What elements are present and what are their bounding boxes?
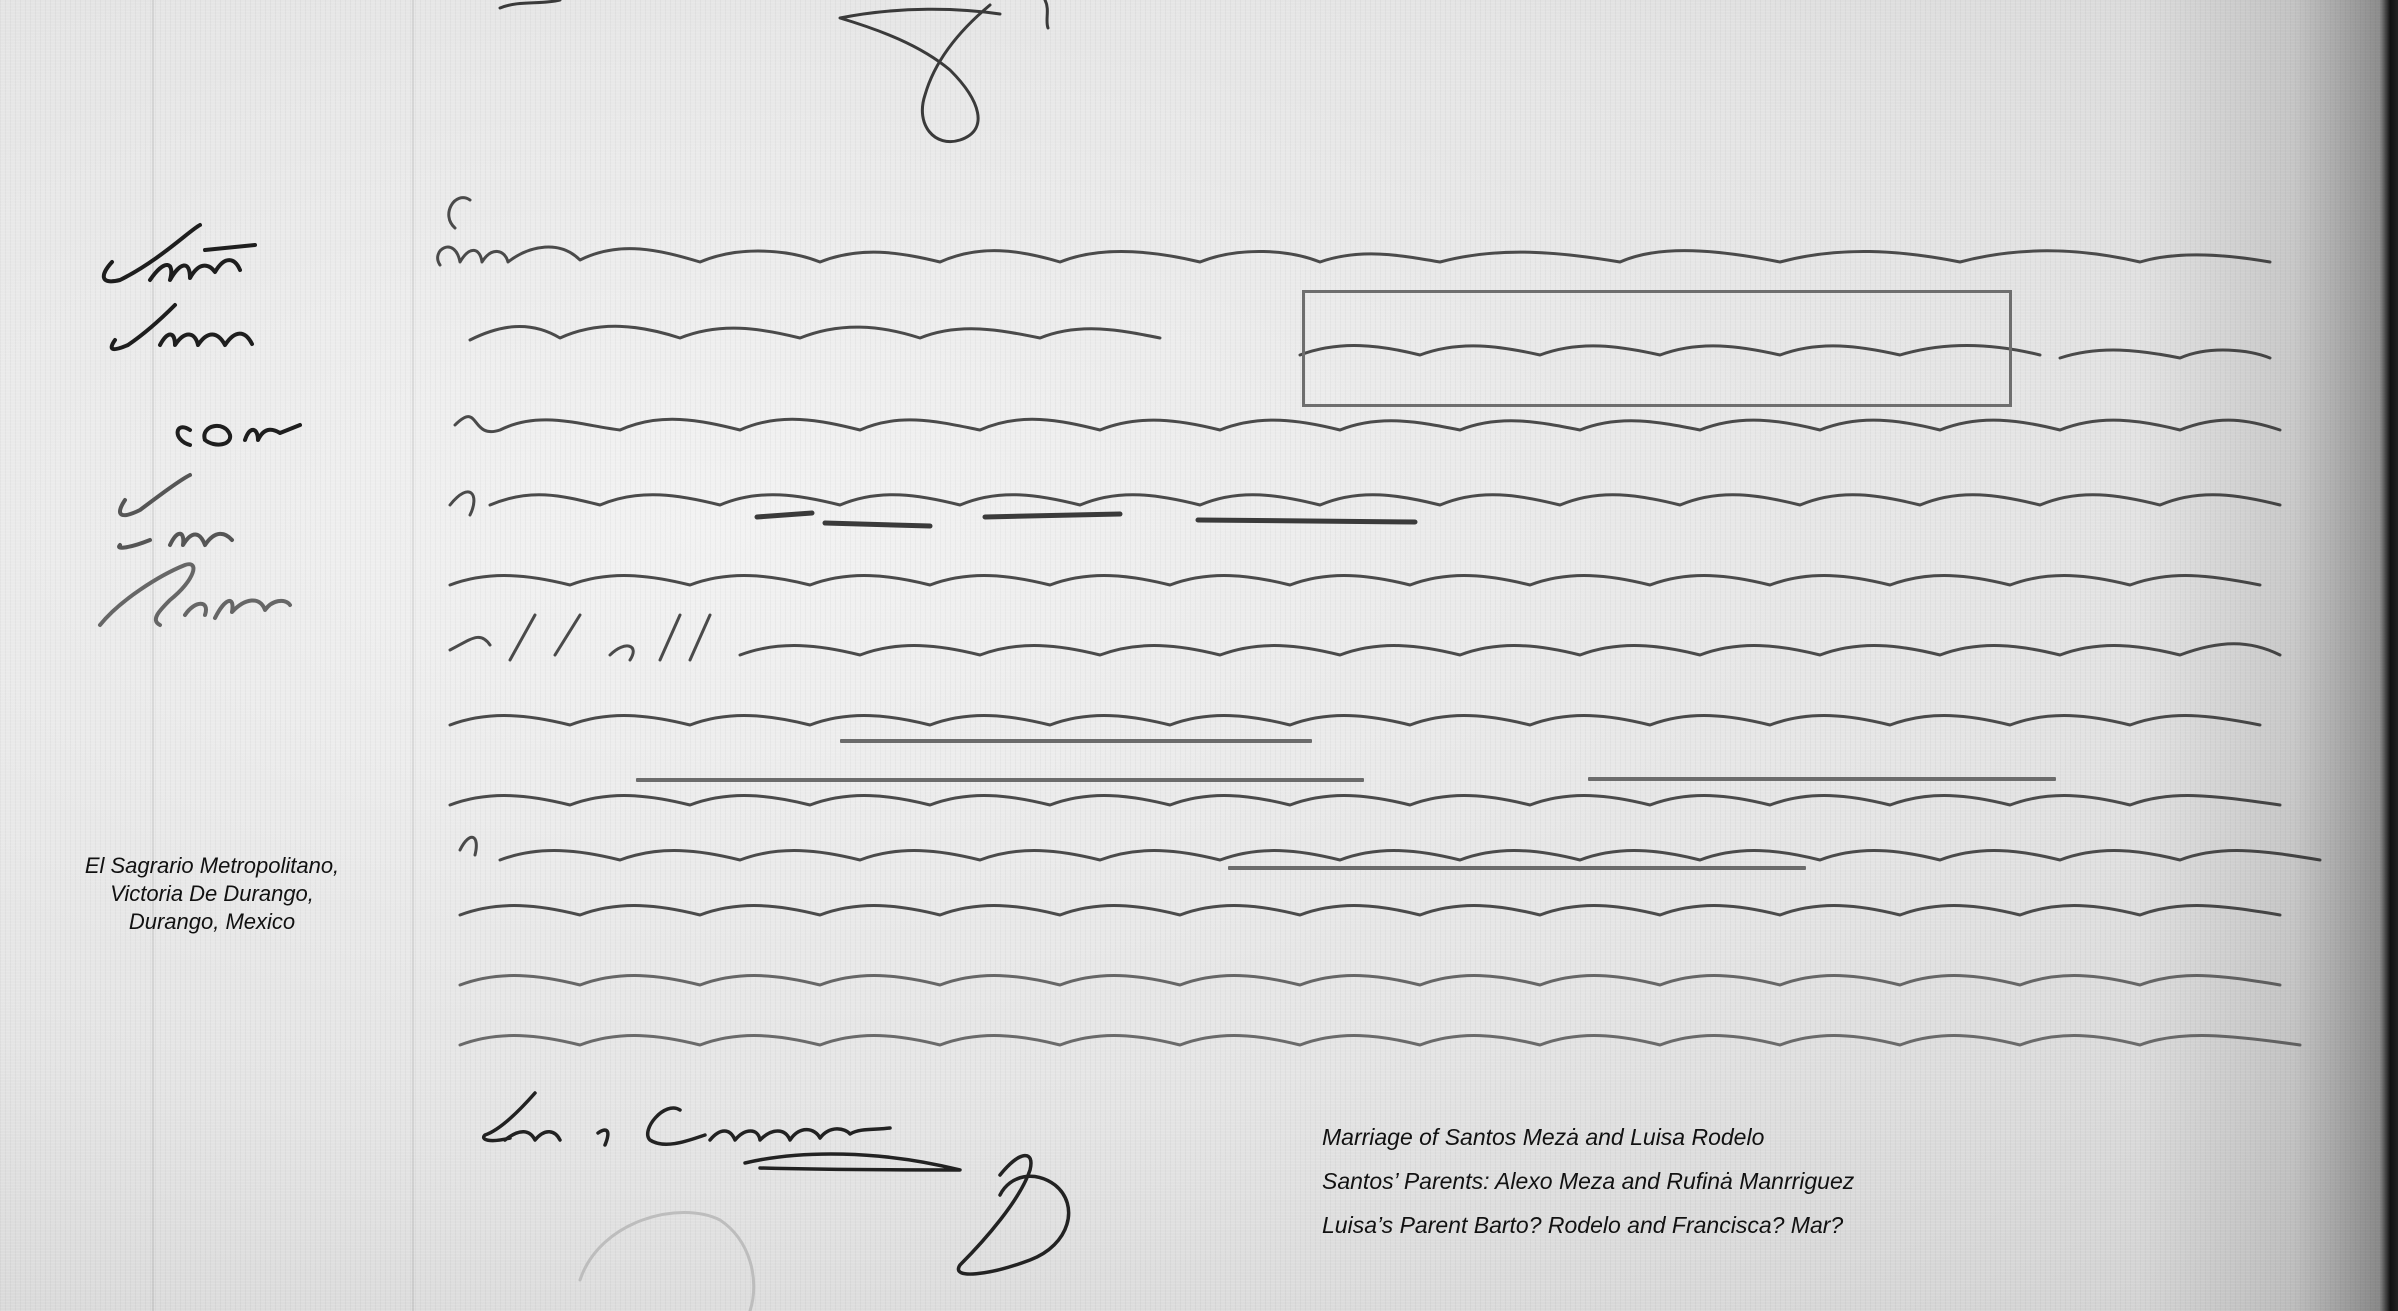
underline-barto-rodelo [1228,866,1806,870]
note-groom-parents: Santos’ Parents: Alexo Meza and Rufinȧ M… [1322,1166,1854,1210]
handwriting-layer [0,0,2398,1311]
ink-underlines [757,513,1415,526]
location-line-3: Durango, Mexico [52,908,372,936]
priest-signature [484,1093,1069,1274]
date-highlight-box [1302,290,2012,407]
bleed-through-mark [580,1213,754,1311]
margin-names-handwriting [100,225,300,625]
underline-rufina-manriquez [636,778,1364,782]
register-page: El Sagrario Metropolitano, Victoria De D… [0,0,2398,1311]
location-line-1: El Sagrario Metropolitano, [52,852,372,880]
previous-signature-flourish [500,0,1048,142]
location-line-2: Victoria De Durango, [52,880,372,908]
note-bride-parents: Luisa’s Parent Barto? Rodelo and Francis… [1322,1210,1854,1254]
underline-luisa-rodelo [1588,777,2056,781]
underline-santos-meza [840,739,1312,743]
research-notes: Marriage of Santos Mezȧ and Luisa Rodelo… [1322,1122,1854,1254]
location-caption: El Sagrario Metropolitano, Victoria De D… [52,852,372,936]
note-marriage: Marriage of Santos Mezȧ and Luisa Rodelo [1322,1122,1854,1166]
